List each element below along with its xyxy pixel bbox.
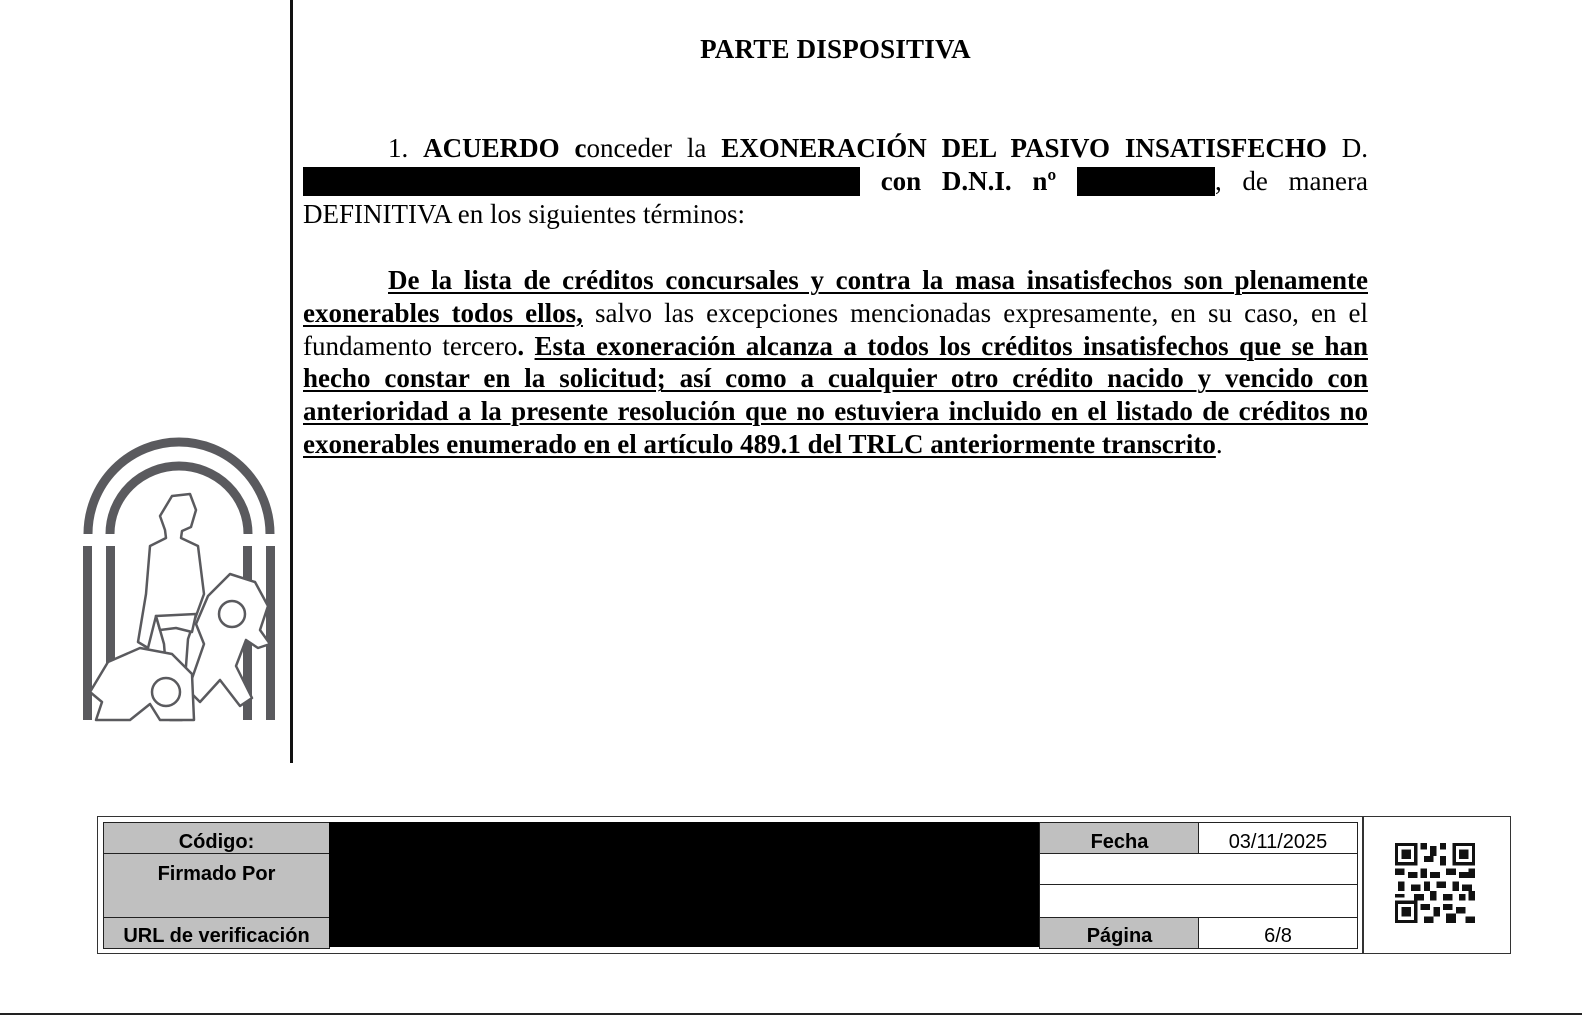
- dni-label: con D.N.I. nº: [881, 166, 1057, 196]
- item-number: 1.: [388, 133, 423, 163]
- redacted-name: [303, 167, 860, 196]
- text-fragment: D.: [1327, 133, 1368, 163]
- codigo-label: Código:: [103, 822, 330, 855]
- empty-row-1: [1039, 853, 1358, 886]
- exoneration-heading: EXONERACIÓN DEL PASIVO INSATISFECHO: [721, 133, 1327, 163]
- margin-rule: [290, 0, 293, 763]
- redacted-signature-data: [329, 822, 1040, 947]
- redacted-dni: [1077, 167, 1215, 196]
- text-fragment: .: [1216, 429, 1223, 459]
- fecha-value: 03/11/2025: [1198, 822, 1358, 855]
- qr-code-icon[interactable]: [1395, 843, 1475, 923]
- firmado-por-label: Firmado Por: [103, 853, 330, 919]
- acuerdo-keyword: ACUERDO: [423, 133, 560, 163]
- url-verificacion-label: URL de verificación: [103, 917, 330, 949]
- text-fragment: .: [517, 331, 534, 361]
- qr-separator: [1362, 816, 1364, 954]
- paragraph-resolution-1: 1. ACUERDO conceder la EXONERACIÓN DEL P…: [303, 132, 1368, 230]
- empty-row-2: [1039, 884, 1358, 918]
- pagina-label: Página: [1039, 917, 1200, 949]
- fecha-label: Fecha: [1039, 822, 1200, 855]
- paragraph-exoneration-scope: De la lista de créditos concursales y co…: [303, 264, 1368, 461]
- text-fragment: onceder la: [587, 133, 722, 163]
- coat-of-arms-logo: [80, 434, 278, 724]
- pagina-value: 6/8: [1198, 917, 1358, 949]
- section-title: PARTE DISPOSITIVA: [303, 34, 1368, 65]
- page-bottom-rule: [0, 1013, 1582, 1015]
- text-fragment: c: [560, 133, 587, 163]
